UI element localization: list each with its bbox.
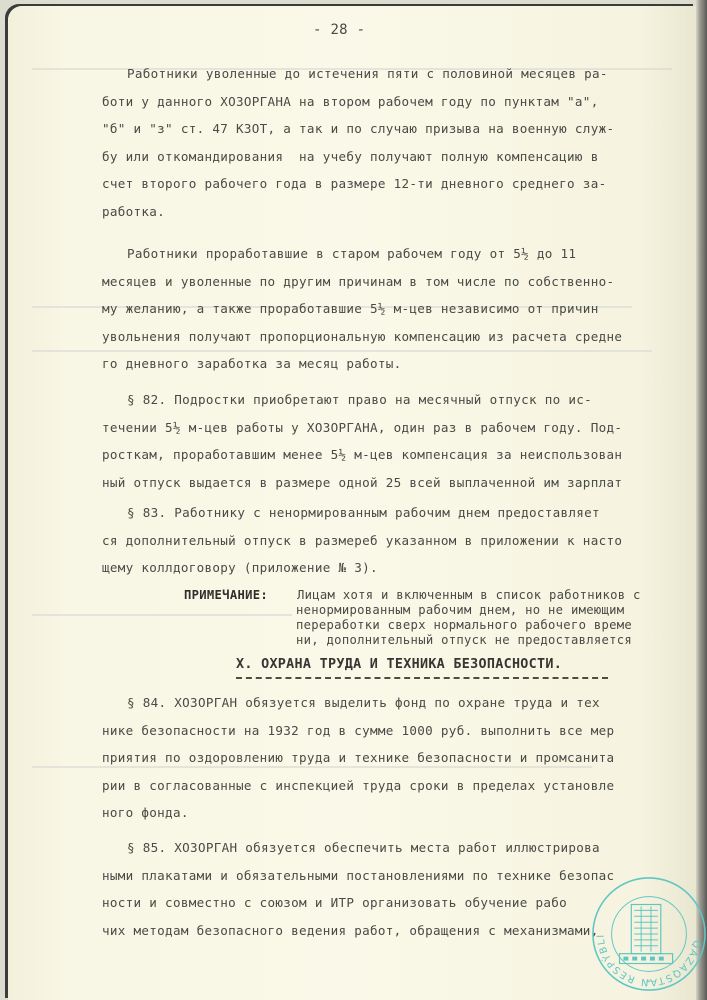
page-number: - 28 -	[313, 22, 365, 38]
paragraph-s83-line: щему коллдоговору (приложение № 3).	[102, 560, 378, 575]
paragraph-p2-line: Работники проработавшие в старом рабочем…	[127, 246, 576, 261]
heading-underline	[236, 677, 608, 679]
paragraph-s85-line: ными плакатами и обязательными постановл…	[102, 868, 614, 883]
paragraph-p1-line: Работники уволенные до истечения пяти с …	[127, 66, 608, 81]
section-heading: Х. ОХРАНА ТРУДА И ТЕХНИКА БЕЗОПАСНОСТИ.	[236, 657, 562, 672]
paragraph-s84-line: нике безопасности на 1932 год в сумме 10…	[102, 723, 614, 738]
paragraph-s85-line: ности и совместно с союзом и ИТР организ…	[102, 895, 567, 910]
note-line: ненормированным рабочим днем, но не имею…	[296, 603, 624, 618]
paragraph-s84-line: ного фонда.	[102, 805, 189, 820]
paragraph-s84-line: рии в согласованные с инспекцией труда с…	[102, 778, 614, 793]
paragraph-p2-line: месяцев и уволенные по другим причинам в…	[102, 274, 614, 289]
faint-ruled-line	[32, 350, 652, 352]
note-line: Лицам хотя и включенным в список работни…	[297, 588, 641, 603]
paragraph-p1-line: работка.	[102, 204, 165, 219]
paragraph-s83-line: ся дополнительный отпуск в размереб указ…	[102, 533, 622, 548]
paragraph-p2-line: му желанию, а также проработавшие 5½ м-ц…	[102, 301, 599, 316]
paragraph-s83-line: § 83. Работнику с ненормированным рабочи…	[127, 505, 600, 520]
faint-ruled-line	[32, 614, 292, 616]
note-line: ни, дополнительный отпуск не предоставля…	[296, 633, 632, 648]
paragraph-s82-line: росткам, проработавшим менее 5½ м-цев ко…	[102, 447, 622, 462]
paragraph-s84-line: § 84. ХОЗОРГАН обязуется выделить фонд п…	[127, 695, 600, 710]
paragraph-p1-line: "б" и "з" ст. 47 КЗОТ, а так и по случаю…	[102, 121, 614, 136]
paragraph-p1-line: бу или откомандирования на учебу получаю…	[102, 149, 599, 164]
paragraph-s82-line: течении 5½ м-цев работы у ХОЗОРГАНА, оди…	[102, 420, 622, 435]
stamp-star-icon: *	[647, 977, 651, 987]
paragraph-s84-line: приятия по оздоровлению труда и технике …	[102, 750, 614, 765]
paragraph-p1-line: боти у данного ХОЗОРГАНА на втором рабоч…	[102, 94, 599, 109]
binding-edge	[695, 0, 707, 1000]
paragraph-s82-line: ный отпуск выдается в размере одной 25 в…	[102, 475, 622, 490]
paragraph-s85-line: § 85. ХОЗОРГАН обязуется обеспечить мест…	[127, 840, 600, 855]
faint-ruled-line	[32, 766, 592, 768]
paragraph-p2-line: го дневного заработка за месяц работы.	[102, 356, 402, 371]
note-label: ПРИМЕЧАНИЕ:	[184, 588, 268, 603]
note-line: переработки сверх нормального рабочего в…	[296, 618, 632, 633]
archive-stamp: QAZAQSTAN RESPÝBLIKASY PREZIDENTINIŃ ARH…	[590, 875, 707, 993]
paragraph-s82-line: § 82. Подростки приобретают право на мес…	[127, 392, 592, 407]
paragraph-s85-line: чих методам безопасного ведения работ, о…	[102, 923, 599, 938]
paragraph-p2-line: увольнения получают пропорциональную ком…	[102, 329, 622, 344]
paragraph-p1-line: счет второго рабочего года в размере 12-…	[102, 176, 606, 191]
